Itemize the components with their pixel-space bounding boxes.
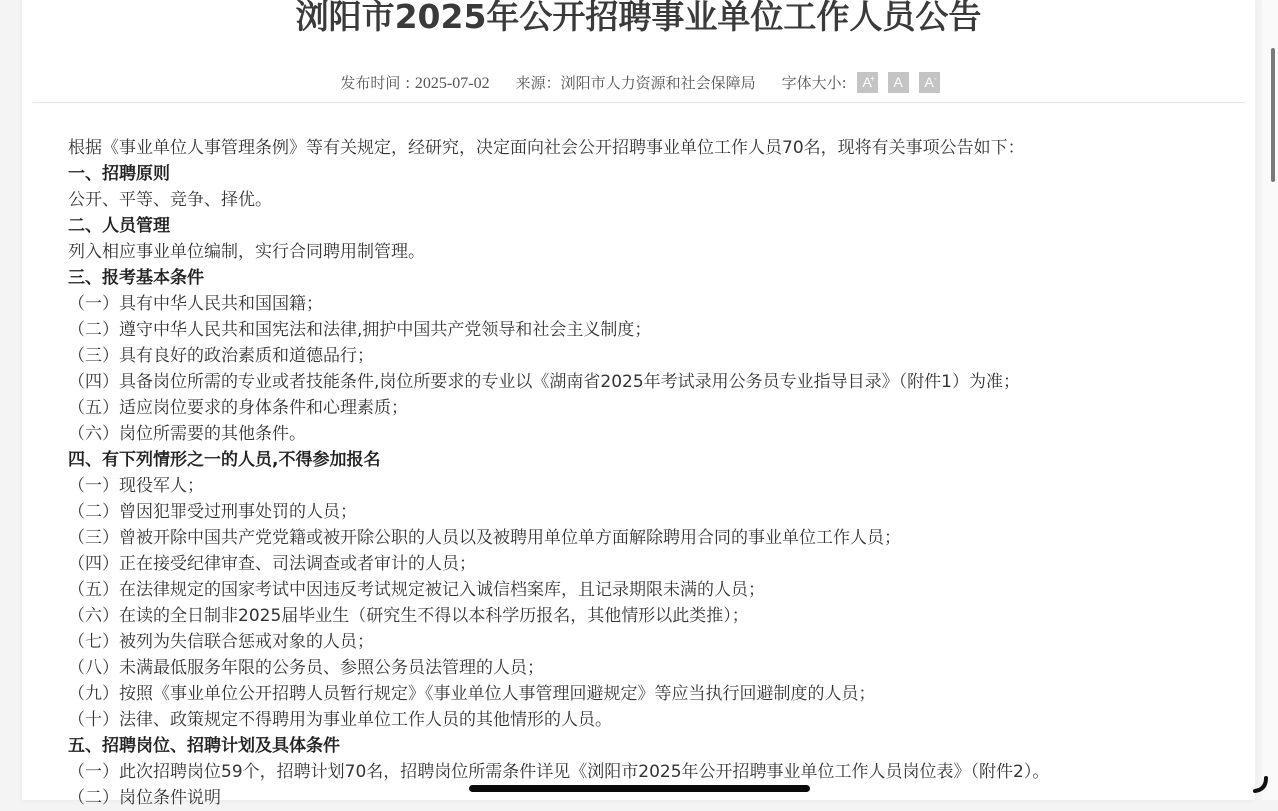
list-item: （十）法律、政策规定不得聘用为事业单位工作人员的其他情形的人员。: [68, 707, 1228, 733]
list-item: （五）在法律规定的国家考试中因违反考试规定被记入诚信档案库，且记录期限未满的人员…: [68, 577, 1228, 603]
section-heading: 一、招聘原则: [68, 161, 1228, 187]
article-body: 根据《事业单位人事管理条例》等有关规定，经研究，决定面向社会公开招聘事业单位工作…: [68, 135, 1228, 800]
list-item: （六）在读的全日制非2025届毕业生（研究生不得以本科学历报名，其他情形以此类推…: [68, 603, 1228, 629]
source-value: 浏阳市人力资源和社会保障局: [561, 74, 756, 92]
list-item: （四）具备岗位所需的专业或者技能条件,岗位所要求的专业以《湖南省2025年考试录…: [68, 369, 1228, 395]
font-size-label: 字体大小:: [782, 72, 847, 93]
list-item: （五）适应岗位要求的身体条件和心理素质；: [68, 395, 1228, 421]
publish-date-value: 2025-07-02: [415, 75, 490, 92]
screen-corner-icon: [1252, 776, 1270, 794]
list-item: （一）此次招聘岗位59个，招聘计划70名，招聘岗位所需条件详见《浏阳市2025年…: [68, 759, 1228, 785]
scrollbar-thumb[interactable]: [1271, 48, 1275, 182]
list-item: （一）具有中华人民共和国国籍；: [68, 291, 1228, 317]
article-page: 浏阳市2025年公开招聘事业单位工作人员公告 发布时间 : 2025-07-02…: [22, 0, 1255, 800]
list-item: （八）未满最低服务年限的公务员、参照公务员法管理的人员；: [68, 655, 1228, 681]
section-heading: 五、招聘岗位、招聘计划及具体条件: [68, 733, 1228, 759]
font-decrease-button[interactable]: A-: [919, 72, 940, 93]
article-meta: 发布时间 : 2025-07-02 来源：浏阳市人力资源和社会保障局 字体大小:…: [22, 68, 1255, 96]
list-item: （九）按照《事业单位公开招聘人员暂行规定》《事业单位人事管理回避规定》等应当执行…: [68, 681, 1228, 707]
header-divider: [33, 102, 1245, 103]
list-item: （三）具有良好的政治素质和道德品行；: [68, 343, 1228, 369]
scrollbar-track[interactable]: [1262, 0, 1278, 800]
intro-paragraph: 根据《事业单位人事管理条例》等有关规定，经研究，决定面向社会公开招聘事业单位工作…: [68, 135, 1228, 161]
source-label: 来源：: [516, 74, 561, 92]
font-decrease-icon: A: [925, 74, 934, 90]
list-item: （一）现役军人；: [68, 473, 1228, 499]
font-default-icon: A: [894, 74, 903, 90]
list-item: （七）被列为失信联合惩戒对象的人员；: [68, 629, 1228, 655]
source: 来源：浏阳市人力资源和社会保障局: [516, 72, 756, 93]
section-heading: 四、有下列情形之一的人员,不得参加报名: [68, 447, 1228, 473]
page-title: 浏阳市2025年公开招聘事业单位工作人员公告: [22, 0, 1255, 42]
list-item: （二）遵守中华人民共和国宪法和法律,拥护中国共产党领导和社会主义制度；: [68, 317, 1228, 343]
paragraph: 公开、平等、竞争、择优。: [68, 187, 1228, 213]
publish-date-label: 发布时间 :: [340, 74, 415, 92]
list-item: （二）曾因犯罪受过刑事处罚的人员；: [68, 499, 1228, 525]
list-item: （六）岗位所需要的其他条件。: [68, 421, 1228, 447]
paragraph: 列入相应事业单位编制，实行合同聘用制管理。: [68, 239, 1228, 265]
publish-date: 发布时间 : 2025-07-02: [340, 72, 489, 93]
list-item: （三）曾被开除中国共产党党籍或被开除公职的人员以及被聘用单位单方面解除聘用合同的…: [68, 525, 1228, 551]
home-indicator[interactable]: [469, 785, 810, 792]
font-size-controls: 字体大小: A+ A A-: [782, 72, 950, 93]
font-increase-button[interactable]: A+: [857, 72, 878, 93]
list-item: （四）正在接受纪律审查、司法调查或者审计的人员；: [68, 551, 1228, 577]
section-heading: 三、报考基本条件: [68, 265, 1228, 291]
font-default-button[interactable]: A: [888, 72, 909, 93]
section-heading: 二、人员管理: [68, 213, 1228, 239]
